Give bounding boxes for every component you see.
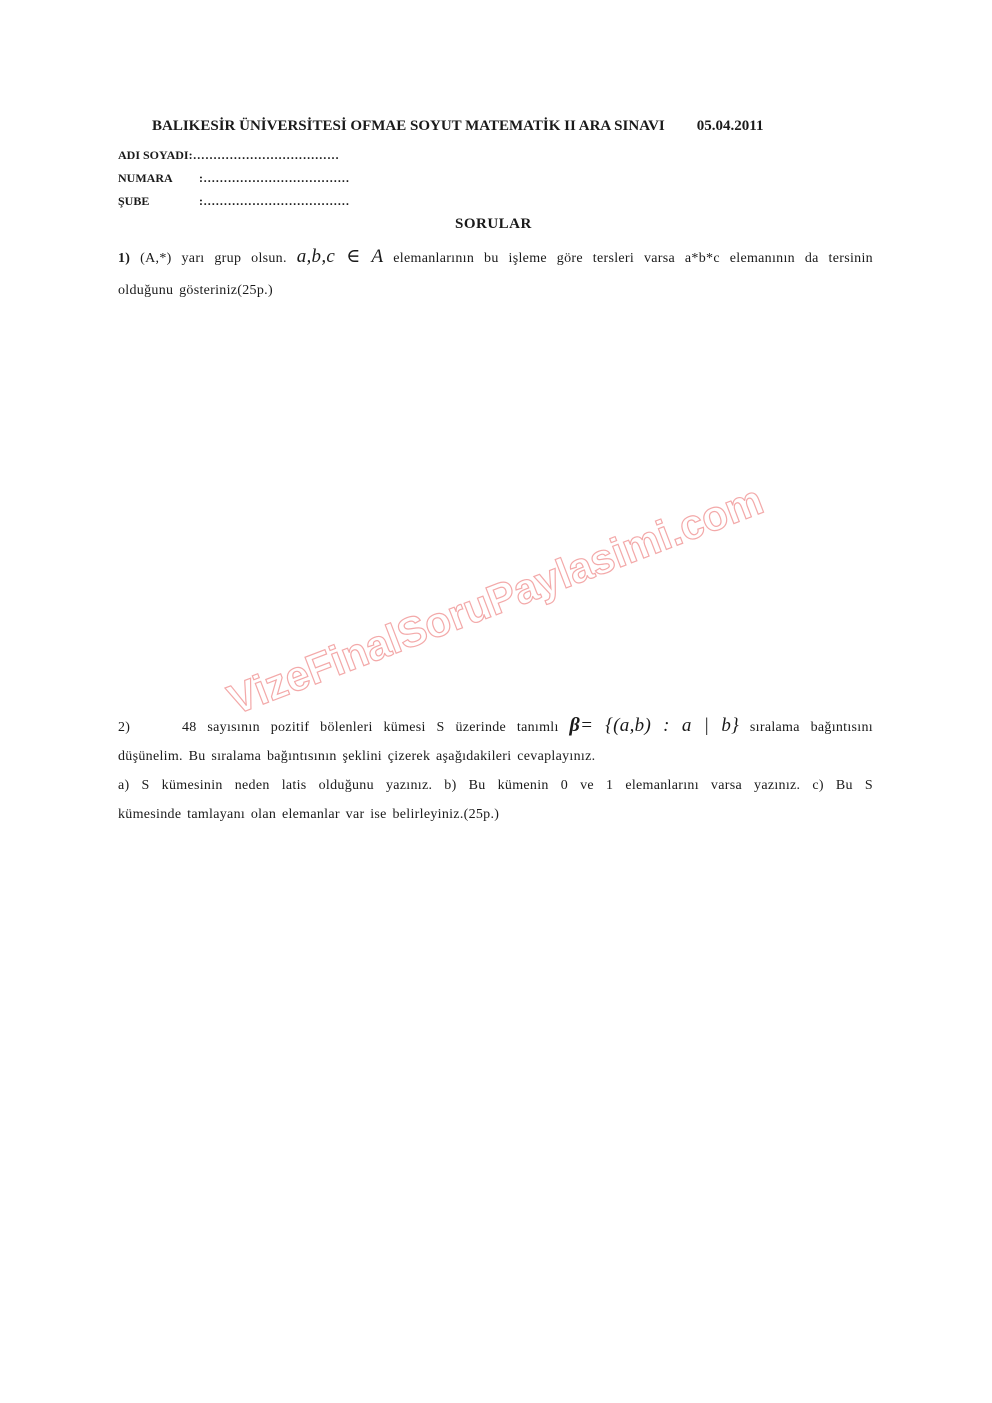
exam-date: 05.04.2011 (697, 118, 764, 134)
question-1-number: 1) (118, 251, 130, 266)
field-number-label: NUMARA (118, 171, 199, 186)
field-section-label: ŞUBE (118, 194, 199, 209)
field-number-blank: :……………………………… (199, 171, 350, 185)
exam-title-text: BALIKESİR ÜNİVERSİTESİ OFMAE SOYUT MATEM… (152, 118, 665, 134)
field-name: ADI SOYADI:……………………………… (118, 148, 339, 163)
field-name-blank: :……………………………… (189, 148, 340, 162)
field-section-blank: :……………………………… (199, 194, 350, 208)
question-2-relation: = {(a,b) : a | b} (580, 715, 739, 736)
question-2-line-2: düşünelim. Bu sıralama bağıntısının şekl… (118, 749, 873, 765)
question-2-beta: β (570, 714, 581, 736)
question-2-line-3: a) S kümesinin neden latis olduğunu yazı… (118, 778, 873, 794)
question-1-math: a,b,c ∈ A (297, 246, 384, 267)
question-2-text-cont: sıralama bağıntısını (750, 720, 873, 735)
question-2-number: 2) (118, 720, 130, 735)
question-2-line-4: kümesinde tamlayanı olan elemanlar var i… (118, 807, 873, 823)
section-heading: SORULAR (455, 216, 532, 233)
field-section: ŞUBE:……………………………… (118, 194, 350, 209)
question-1-line-1: 1) (A,*) yarı grup olsun. a,b,c ∈ A elem… (118, 245, 873, 268)
question-1-line-2: olduğunu gösteriniz(25p.) (118, 283, 873, 299)
field-number: NUMARA:……………………………… (118, 171, 350, 186)
exam-title: BALIKESİR ÜNİVERSİTESİ OFMAE SOYUT MATEM… (152, 118, 763, 135)
question-1-text-cont: elemanlarının bu işleme göre tersleri va… (393, 251, 873, 266)
field-name-label: ADI SOYADI (118, 148, 189, 162)
question-1-text: (A,*) yarı grup olsun. (140, 251, 287, 266)
question-2-line-1: 2) 48 sayısının pozitif bölenleri kümesi… (118, 714, 873, 737)
watermark: VizeFinalSoruPaylasimi.com (221, 476, 769, 725)
